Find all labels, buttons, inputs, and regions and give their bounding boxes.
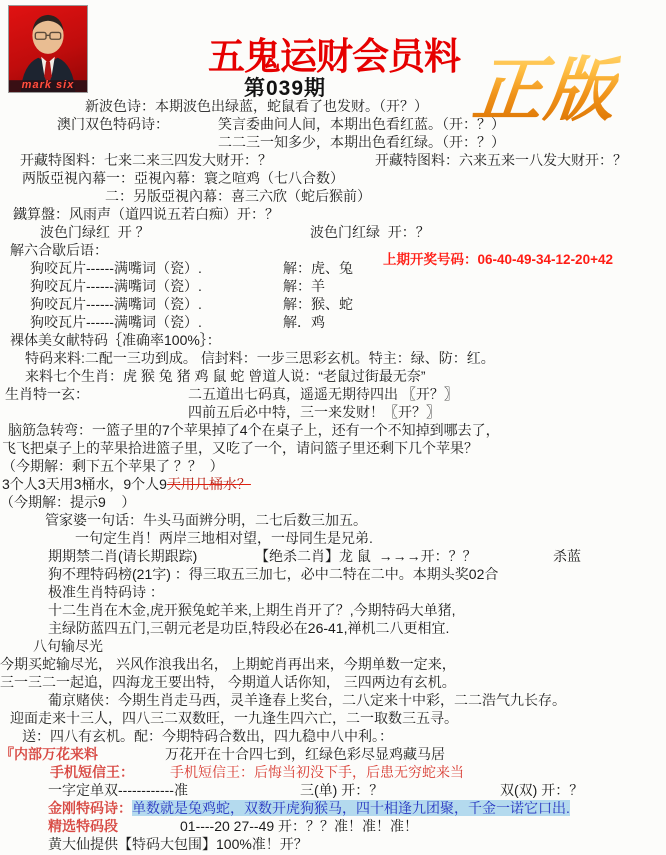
red-marked-segment: 天用几桶水？ bbox=[167, 476, 251, 492]
line-riddle-2: 狗咬瓦片------满嘴词（瓷）.解：羊 bbox=[0, 277, 666, 295]
line-zodiac-mystery: 生肖特一玄：二五道出七码真，遥遥无期待四出 〖开？〗 bbox=[0, 385, 666, 403]
text-segment: 波色门绿红 开 ？ bbox=[40, 224, 150, 240]
line-color-gates: 波色门绿红 开 ？波色门红绿 开：？ bbox=[0, 223, 666, 241]
sms-king-label: 手机短信王： bbox=[50, 764, 134, 780]
text-segment: 二五道出七码真，遥遥无期待四出 〖开？〗 bbox=[188, 385, 458, 403]
text-segment: 3个人3天用3桶水，9个人9 bbox=[2, 476, 167, 492]
text-segment: 笑言委曲问人间，本期出色看红蓝。（开：？） bbox=[218, 115, 505, 133]
line-brainteaser-1: 脑筋急转弯：一篮子里的7个苹果掉了4个在桌子上，还有一个不知掉到哪去了， bbox=[0, 421, 666, 439]
line-water-puzzle: 3个人3天用3桶水，9个人9天用几桶水？ bbox=[0, 475, 666, 493]
line-water-answer: （今期解：提示9 ） bbox=[0, 493, 666, 511]
line-macau-poem: 澳门双色特码诗：笑言委曲问人间，本期出色看红蓝。（开：？） bbox=[0, 115, 666, 133]
line-eight-verse-1: 今期买蛇输尽光， 兴风作浪我出名， 上期蛇肖再出来，今期单数一定来， bbox=[0, 655, 666, 673]
line-banned-zodiac: 期期禁二肖(请长期跟踪)【绝杀二肖】龙 鼠 →→→开：？？杀蓝 bbox=[0, 547, 666, 565]
text-segment: 万花开在十合四七到，红绿色彩尽显鸡藏马居 bbox=[165, 745, 445, 763]
line-atv-insider-1: 两版亞視內幕一：亞視內幕：寰之喧鸡（七八合数） bbox=[0, 169, 666, 187]
line-zodiac-poem-2: 主绿防蓝四五门,三朝元老是功臣,特段必在26-41,禅机二八更相宜. bbox=[0, 619, 666, 637]
text-segment: 解：羊 bbox=[283, 277, 325, 295]
sms-king-text: 手机短信王：后悔当初没下手，后患无穷蛇来当 bbox=[170, 763, 464, 781]
line-iron-abacus: 鐵算盤：风雨声（道四说五若白痴）开：？ bbox=[0, 205, 666, 223]
line-riddle-4: 狗咬瓦片------满嘴词（瓷）.解．鸡 bbox=[0, 313, 666, 331]
wanhua-label: 『内部万花来料 bbox=[0, 746, 98, 762]
line-atv-insider-2: 二：另版亞視內幕：喜三六欣（蛇后猴前） bbox=[0, 187, 666, 205]
text-segment: 01----20 27--49 开：？？准！准！准！ bbox=[180, 817, 418, 835]
line-one-sentence: 一句定生肖！两岸三地相对望，一母同生是兄弟. bbox=[0, 529, 666, 547]
text-segment: 三(单) 开：？ bbox=[300, 781, 383, 799]
text-segment: 期期禁二肖(请长期跟踪) bbox=[48, 548, 197, 564]
line-selected-range: 精选特码段01----20 27--49 开：？？准！准！准！ bbox=[0, 817, 666, 835]
line-wanhua: 『内部万花来料万花开在十合四七到，红绿色彩尽显鸡藏马居 bbox=[0, 745, 666, 763]
line-zodiac-poem-header: 极准生肖特码诗 ： bbox=[0, 583, 666, 601]
line-new-wave-poem: 新波色诗：本期波色出绿蓝，蛇鼠看了也发财。（开？） bbox=[0, 97, 666, 115]
text-segment: 双(双) 开：？ bbox=[500, 781, 583, 799]
text-segment: 澳门双色特码诗： bbox=[57, 116, 169, 132]
line-seven-zodiac: 来料七个生肖：虎 猴 兔 猪 鸡 鼠 蛇 曾道人说：“老鼠过街最无奈” bbox=[0, 367, 666, 385]
text-segment: 开藏特图料：六来五来一八发大财开：？ bbox=[375, 151, 627, 169]
king-kong-label: 金刚特码诗： bbox=[48, 800, 132, 816]
line-goubuli: 狗不理特码榜(21字) ：得三取五三加七，必中二特在二中。本期头奖02合 bbox=[0, 565, 666, 583]
line-brainteaser-2: 飞飞把桌子上的苹果拾进篮子里，又吃了一个，请问篮子里还剩下几个苹果？ bbox=[0, 439, 666, 457]
line-special-tip: 特码来料:二配一三功到成。 信封料：一步三思彩玄机。特主：绿、防：红。 bbox=[0, 349, 666, 367]
text-segment: 狗咬瓦片------满嘴词（瓷）. bbox=[30, 314, 202, 330]
line-song-pei: 送：四八有玄机。配：今期特码合数出，四九稳中八中利。： bbox=[0, 727, 666, 745]
line-zodiac-poem-1: 十二生肖在木金,虎开猴兔蛇羊来,上期生肖开了？,今期特码大单猪, bbox=[0, 601, 666, 619]
portrait-photo: mark six bbox=[8, 5, 88, 93]
text-segment: 狗咬瓦片------满嘴词（瓷）. bbox=[30, 278, 202, 294]
line-king-kong-poem: 金刚特码诗：单数就是兔鸡蛇，双数开虎狗猴马，四十相逢九团聚，千金一诺它口出. bbox=[0, 799, 666, 817]
line-pujing-2: 迎面走来十三人，四八三二双数旺，一九逢生四六亡，二一取数三五寻。 bbox=[0, 709, 666, 727]
line-sms-king: 手机短信王：手机短信王：后悔当初没下手，后患无穷蛇来当 bbox=[0, 763, 666, 781]
text-segment: 解：虎、兔 bbox=[283, 259, 353, 277]
line-riddle-header: 解六合歇后语： bbox=[0, 241, 666, 259]
text-segment: 解．鸡 bbox=[283, 313, 325, 331]
text-segment: 狗咬瓦片------满嘴词（瓷）. bbox=[30, 296, 202, 312]
line-beauty-header: 裸体美女献特码｛准确率100%｝： bbox=[0, 331, 666, 349]
text-segment: 杀蓝 bbox=[553, 547, 581, 565]
line-eight-verse-header: 八句输尽光 bbox=[0, 637, 666, 655]
sheet-body: 新波色诗：本期波色出绿蓝，蛇鼠看了也发财。（开？） 澳门双色特码诗：笑言委曲问人… bbox=[0, 97, 666, 853]
line-picture-tips: 开藏特图料：七来二来三四发大财开：？开藏特图料：六来五来一八发大财开：？ bbox=[0, 151, 666, 169]
line-huang-daxian: 黄大仙提供【特码大包围】100%准！开？ bbox=[0, 835, 666, 853]
text-segment: 开藏特图料：七来二来三四发大财开：？ bbox=[20, 152, 272, 168]
text-segment: 波色门红绿 开：？ bbox=[310, 223, 430, 241]
text-segment: 【绝杀二肖】龙 鼠 →→→开：？？ bbox=[255, 547, 477, 565]
line-eight-verse-2: 三一三二一起追，四海龙王要出特， 今期道人话你知， 三四两边有玄机。 bbox=[0, 673, 666, 691]
tip-sheet-page: mark six 五鬼运财会员料 第039期 正版 上期开奖号码：06-40-4… bbox=[0, 0, 666, 855]
text-segment: 一字定单双------------准 bbox=[48, 782, 188, 798]
line-riddle-3: 狗咬瓦片------满嘴词（瓷）.解：猴、蛇 bbox=[0, 295, 666, 313]
line-zodiac-mystery-2: 四前五后必中特，三一来发财！〖开？〗 bbox=[0, 403, 666, 421]
text-segment: 生肖特一玄： bbox=[5, 386, 89, 402]
selected-range-label: 精选特码段 bbox=[48, 818, 118, 834]
line-odd-even: 一字定单双------------准三(单) 开：？双(双) 开：？ bbox=[0, 781, 666, 799]
line-riddle-1: 狗咬瓦片------满嘴词（瓷）.解：虎、兔 bbox=[0, 259, 666, 277]
line-pujing-gambler: 葡京赌侠：今期生肖走马西，灵羊逢春上奖台，二八定来十中彩，二二浩气九长存。 bbox=[0, 691, 666, 709]
line-macau-poem-2: 二二三一知多少，本期出色看红绿。（开：？） bbox=[0, 133, 666, 151]
line-brainteaser-answer: （今期解：剩下五个苹果了 ？？ ） bbox=[0, 457, 666, 475]
line-housekeeper: 管家婆一句话：牛头马面辨分明，二七后数三加五。 bbox=[0, 511, 666, 529]
text-segment: 狗咬瓦片------满嘴词（瓷）. bbox=[30, 260, 202, 276]
king-kong-highlighted-poem: 单数就是兔鸡蛇，双数开虎狗猴马，四十相逢九团聚，千金一诺它口出. bbox=[132, 800, 570, 816]
text-segment: 解：猴、蛇 bbox=[283, 295, 353, 313]
mark-six-caption: mark six bbox=[9, 79, 87, 91]
